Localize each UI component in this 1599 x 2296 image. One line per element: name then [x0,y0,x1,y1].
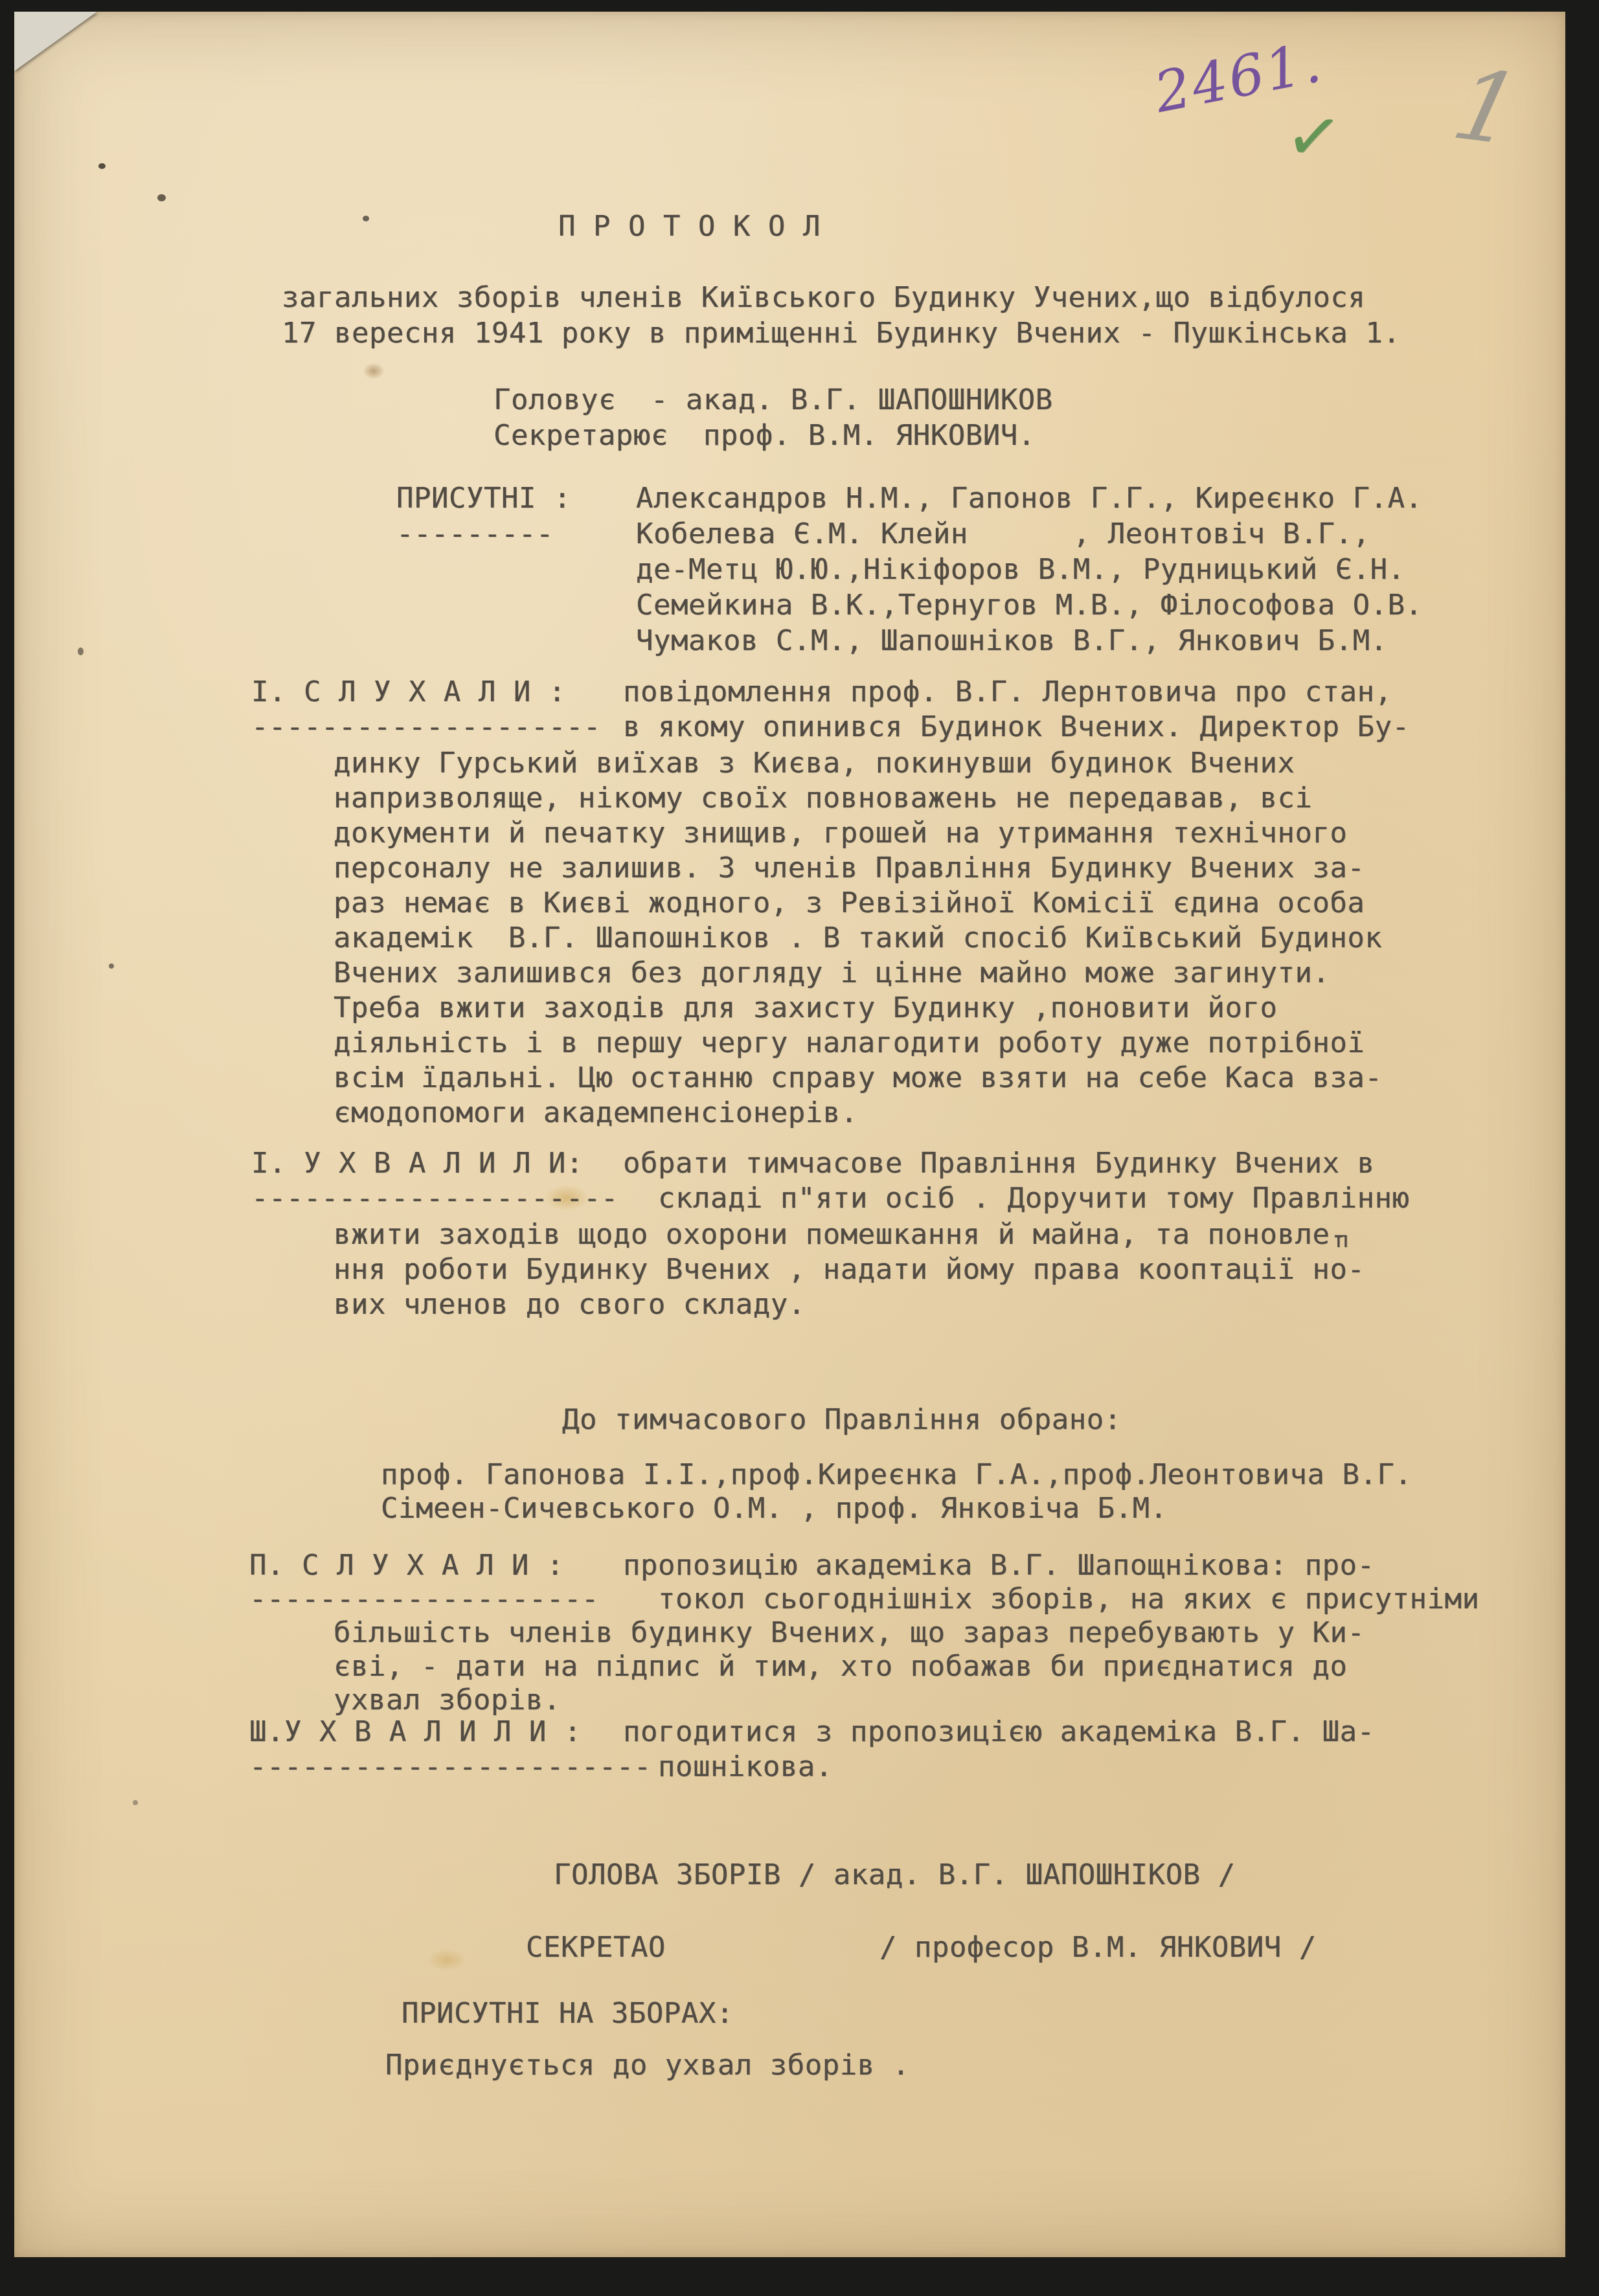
attendees-list: Александров Н.М., Гапонов Г.Г., Киреєнко… [636,480,1423,658]
stain-speck [363,363,385,379]
present-at-meeting-heading: ПРИСУТНІ НА ЗБОРАХ: [402,1996,734,2031]
stain-speck [363,216,369,221]
stain-speck [427,1949,466,1971]
present-note-line: Приєднується до ухвал зборів . [385,2047,910,2083]
intro-paragraph: загальних зборів членів Київського Будин… [282,280,1400,351]
section3-heading: П. С Л У Х А Л И : -------------------- [249,1549,599,1616]
typed-correction: п [1335,1229,1349,1251]
officers-lines: Головує - акад. В.Г. ШАПОШНИКОВ Секретар… [493,382,1053,453]
scanned-protocol-page: { "colors":{ "bg":"#1a1a18", "paper":"#e… [0,0,1599,2296]
section2-heading: І. У Х В А Л И Л И: --------------------… [251,1146,618,1216]
section3-body: більшість членів будинку Вчених, що зара… [334,1616,1365,1717]
section3-lead: пропозицію академіка В.Г. Шапощнікова: п… [623,1549,1480,1616]
stain-speck [98,163,106,169]
attendees-heading: ПРИСУТНІ : --------- [396,480,571,552]
signature-secretary-label: СЕКРЕТАО [526,1930,666,1965]
stain-speck [109,963,114,969]
section1-lead: повідомлення проф. В.Г. Лернтовича про с… [623,675,1410,745]
section4-heading: Ш.У Х В А Л И Л И : --------------------… [249,1715,652,1784]
elected-list: проф. Гапонова І.І.,проф.Киреєнка Г.А.,п… [381,1458,1412,1525]
signature-secretary-name: / професор В.М. ЯНКОВИЧ / [879,1930,1317,1965]
checkmark-icon: ✓ [1281,94,1346,179]
stain-speck [133,1800,138,1805]
section4-lead: погодитися з пропозицією академіка В.Г. … [623,1715,1375,1784]
stain-speck [157,194,166,201]
document-title: П Р О Т О К О Л [558,208,821,244]
section1-body: динку Гурський виїхав з Києва, покинувши… [334,746,1382,1131]
section2-lead: обрати тимчасове Правління Будинку Вчени… [623,1146,1410,1216]
section1-heading: І. С Л У Х А Л И : -------------------- [251,675,601,745]
section2-body: вжити заходів щодо охорони помешкання й … [334,1217,1365,1322]
elected-intro-line: До тимчасового Правління обрано: [562,1402,1122,1437]
stain-speck [78,647,84,655]
folded-corner [14,12,97,71]
signature-chair-line: ГОЛОВА ЗБОРІВ / акад. В.Г. ШАПОШНІКОВ / [554,1857,1236,1893]
